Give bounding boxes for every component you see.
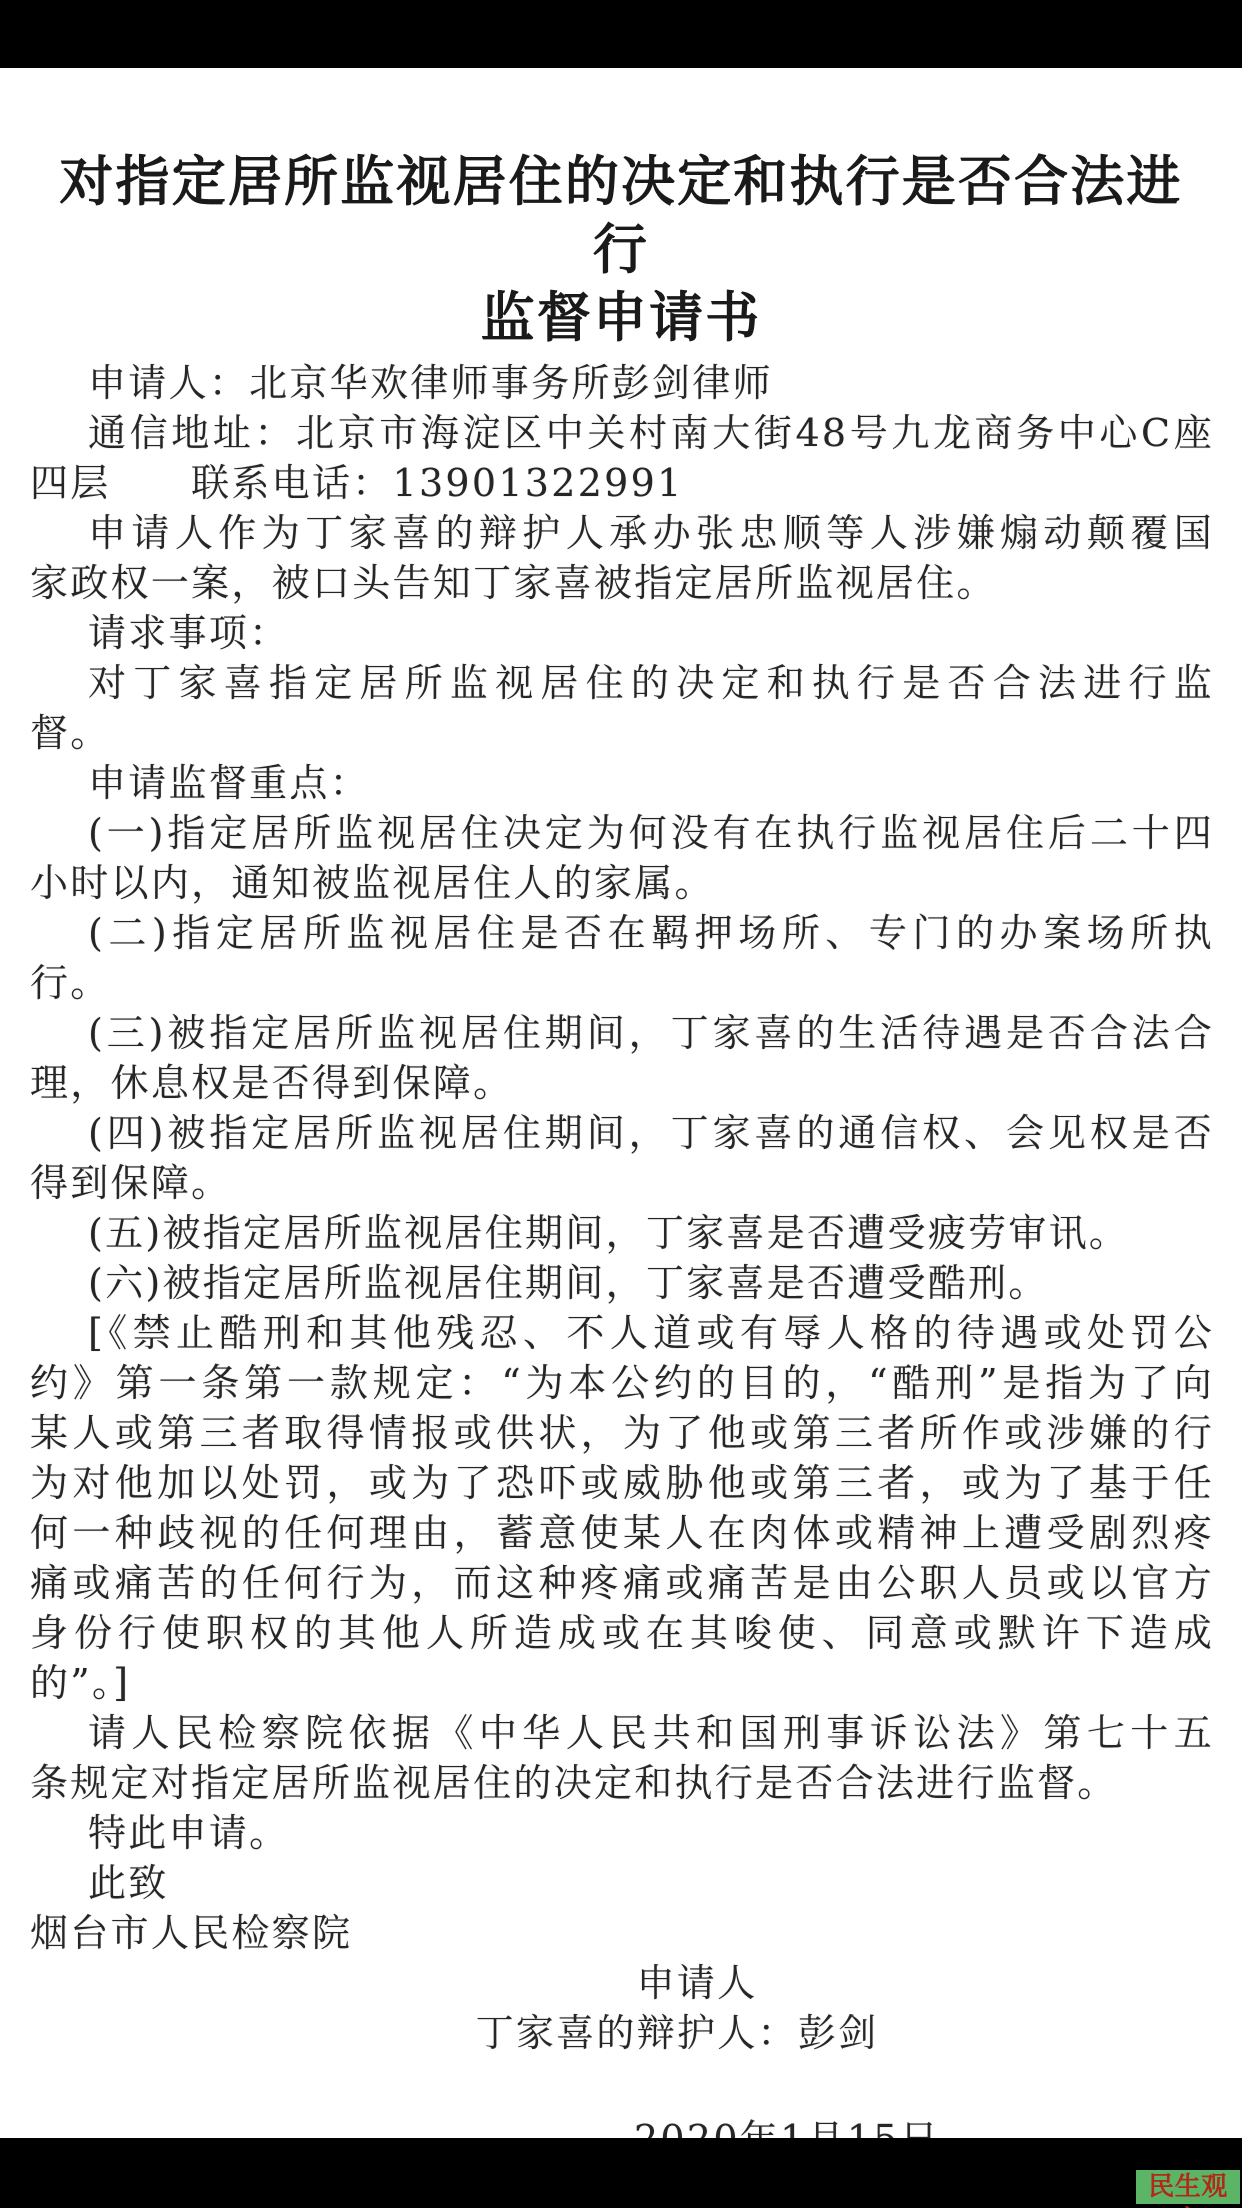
document-line: 为对他加以处罚，或为了恐吓或威胁他或第三者，或为了基于任 — [30, 1458, 1214, 1508]
document-line: 四层 联系电话：13901322991 — [30, 458, 1214, 508]
document-line: 理，休息权是否得到保障。 — [30, 1058, 1214, 1108]
top-letterbox-bar — [0, 0, 1242, 68]
document-line: 对丁家喜指定居所监视居住的决定和执行是否合法进行监 — [30, 658, 1214, 708]
document-line: 家政权一案，被口头告知丁家喜被指定居所监视居住。 — [30, 558, 1214, 608]
document-line: 痛或痛苦的任何行为，而这种疼痛或痛苦是由公职人员或以官方 — [30, 1558, 1214, 1608]
document-line: 请人民检察院依据《中华人民共和国刑事诉讼法》第七十五 — [30, 1708, 1214, 1758]
document-line: (四)被指定居所监视居住期间，丁家喜的通信权、会见权是否 — [30, 1108, 1214, 1158]
screenshot-frame: 对指定居所监视居住的决定和执行是否合法进行 监督申请书 申请人：北京华欢律师事务… — [0, 0, 1242, 2208]
document-line: 通信地址：北京市海淀区中关村南大街48号九龙商务中心C座 — [30, 408, 1214, 458]
document-line: 申请监督重点： — [30, 758, 1214, 808]
document-title-line1: 对指定居所监视居住的决定和执行是否合法进行 — [40, 148, 1202, 284]
document-line: (五)被指定居所监视居住期间，丁家喜是否遭受疲劳审讯。 — [30, 1208, 1214, 1258]
bottom-letterbox-bar — [0, 2138, 1242, 2208]
document-line: 烟台市人民检察院 — [30, 1908, 1214, 1958]
document-line: 特此申请。 — [30, 1808, 1214, 1858]
document-line: 小时以内，通知被监视居住人的家属。 — [30, 858, 1214, 908]
document-line: 的”。] — [30, 1658, 1214, 1708]
document-line: (一)指定居所监视居住决定为何没有在执行监视居住后二十四 — [30, 808, 1214, 858]
document-line: 身份行使职权的其他人所造成或在其唆使、同意或默许下造成 — [30, 1608, 1214, 1658]
document-title: 对指定居所监视居住的决定和执行是否合法进行 监督申请书 — [40, 148, 1202, 352]
document-line: 此致 — [30, 1858, 1214, 1908]
signature-role-line: 申请人 — [76, 1958, 1242, 2008]
document-page: 对指定居所监视居住的决定和执行是否合法进行 监督申请书 申请人：北京华欢律师事务… — [0, 68, 1242, 2138]
document-line: (三)被指定居所监视居住期间，丁家喜的生活待遇是否合法合 — [30, 1008, 1214, 1058]
document-line: 行。 — [30, 958, 1214, 1008]
watermark-badge: 民生观察 — [1136, 2170, 1240, 2204]
document-line: (二)指定居所监视居住是否在羁押场所、专门的办案场所执 — [30, 908, 1214, 958]
document-title-line2: 监督申请书 — [40, 284, 1202, 352]
document-line: 请求事项： — [30, 608, 1214, 658]
document-body: 申请人：北京华欢律师事务所彭剑律师通信地址：北京市海淀区中关村南大街48号九龙商… — [30, 358, 1214, 1958]
document-line: 某人或第三者取得情报或供状，为了他或第三者所作或涉嫌的行 — [30, 1408, 1214, 1458]
document-line: 条规定对指定居所监视居住的决定和执行是否合法进行监督。 — [30, 1758, 1214, 1808]
document-line: 申请人作为丁家喜的辩护人承办张忠顺等人涉嫌煽动颠覆国 — [30, 508, 1214, 558]
document-line: 督。 — [30, 708, 1214, 758]
document-line: 申请人：北京华欢律师事务所彭剑律师 — [30, 358, 1214, 408]
document-line: 何一种歧视的任何理由，蓄意使某人在肉体或精神上遭受剧烈疼 — [30, 1508, 1214, 1558]
document-line: (六)被指定居所监视居住期间，丁家喜是否遭受酷刑。 — [30, 1258, 1214, 1308]
signature-name-line: 丁家喜的辩护人：彭剑 — [56, 2008, 1242, 2058]
document-line: 约》第一条第一款规定：“为本公约的目的，“酷刑”是指为了向 — [30, 1358, 1214, 1408]
document-line: [《禁止酷刑和其他残忍、不人道或有辱人格的待遇或处罚公 — [30, 1308, 1214, 1358]
document-line: 得到保障。 — [30, 1158, 1214, 1208]
